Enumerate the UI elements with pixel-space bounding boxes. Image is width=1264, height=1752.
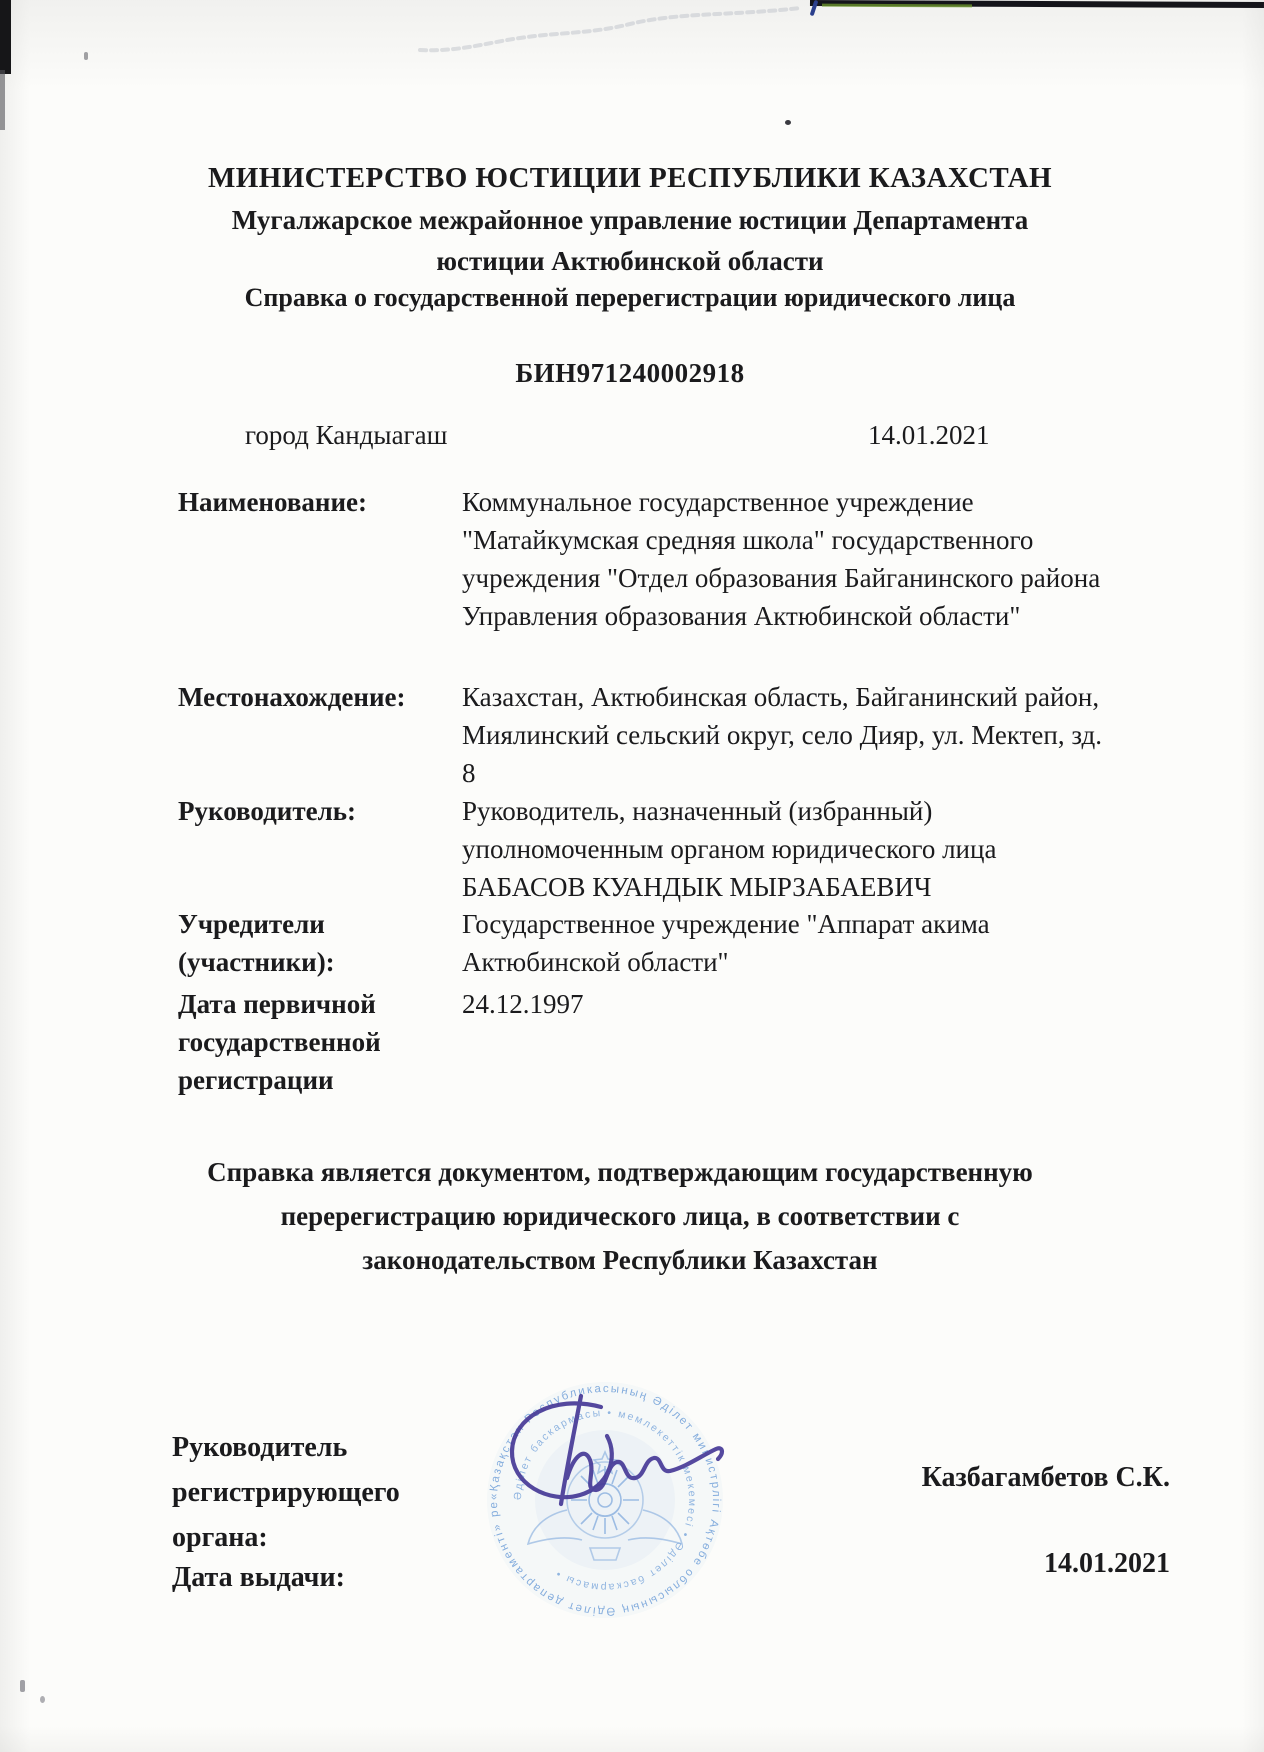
issue-date-label: Дата выдачи:	[172, 1562, 345, 1594]
field-value-first-registration-date: 24.12.1997	[462, 985, 1110, 1023]
field-value-founders: Государственное учреждение "Аппарат аким…	[462, 905, 1110, 981]
scan-edge-artifact	[0, 0, 11, 74]
field-value-head: Руководитель, назначенный (избранный) уп…	[462, 792, 1110, 906]
scan-speck	[20, 1680, 25, 1692]
department-heading: Мугалжарское межрайонное управление юсти…	[200, 200, 1060, 282]
scan-edge-artifact	[0, 70, 5, 130]
field-label-name: Наименование:	[178, 483, 454, 521]
scanned-document-page: МИНИСТЕРСТВО ЮСТИЦИИ РЕСПУБЛИКИ КАЗАХСТА…	[0, 0, 1264, 1752]
document-date: 14.01.2021	[868, 420, 990, 451]
field-value-name: Коммунальное государственное учреждение …	[462, 483, 1110, 635]
confirmation-statement: Справка является документом, подтверждаю…	[190, 1150, 1050, 1282]
field-label-location: Местонахождение:	[178, 678, 454, 716]
issue-date-value: 14.01.2021	[800, 1548, 1170, 1580]
pencil-scribble-artifact	[400, 2, 820, 62]
ink-dot-artifact	[785, 120, 791, 125]
bin-number: БИН971240002918	[150, 358, 1110, 389]
document-title: Справка о государственной перерегистраци…	[150, 283, 1110, 313]
registrar-label: Руководитель регистрирующего органа:	[172, 1425, 462, 1560]
registrar-name: Казбагамбетов С.К.	[800, 1462, 1170, 1494]
scan-speck	[40, 1696, 45, 1703]
official-seal: «Қазақстан Республикасының Әділет минист…	[450, 1355, 780, 1655]
scan-speck	[84, 52, 88, 60]
field-label-first-registration-date: Дата первичной государственной регистрац…	[178, 985, 454, 1099]
ministry-heading: МИНИСТЕРСТВО ЮСТИЦИИ РЕСПУБЛИКИ КАЗАХСТА…	[150, 162, 1110, 195]
field-label-head: Руководитель:	[178, 792, 454, 830]
scan-edge-artifact	[822, 4, 972, 8]
city-label: город Кандыагаш	[245, 420, 447, 451]
field-label-founders: Учредители (участники):	[178, 905, 454, 981]
field-value-location: Казахстан, Актюбинская область, Байганин…	[462, 678, 1110, 792]
